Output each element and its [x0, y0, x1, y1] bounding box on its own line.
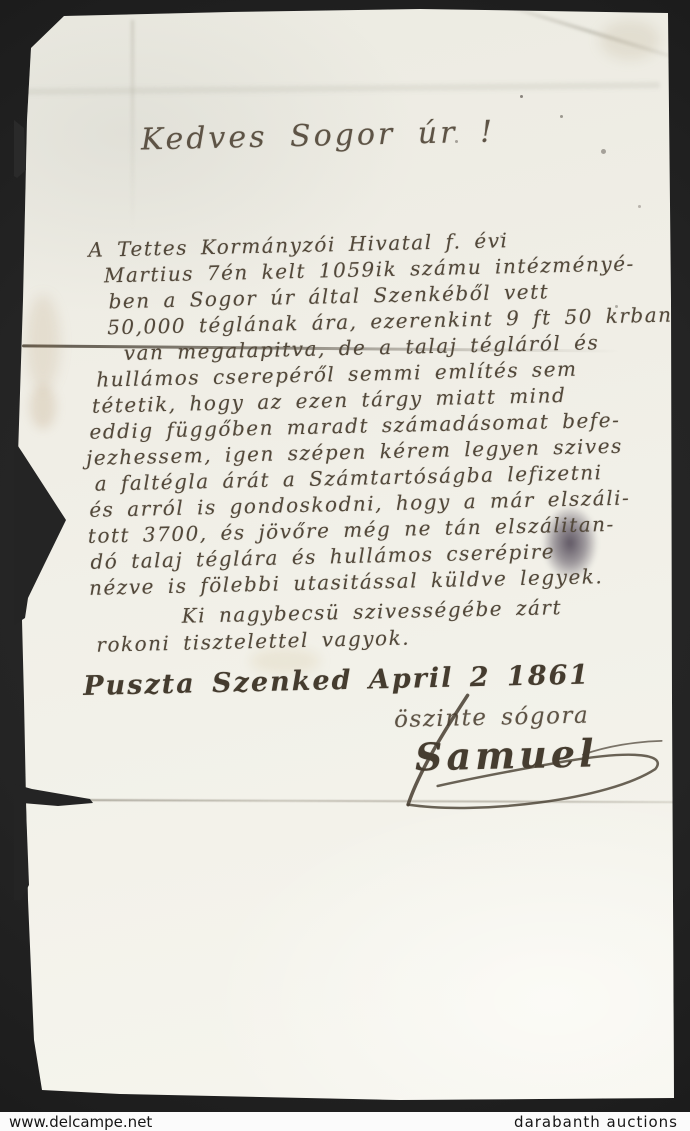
date-line: Puszta Szenked April 2 1861 — [83, 660, 591, 702]
darabanth-watermark: darabanth auctions — [514, 1113, 690, 1131]
watermark-bar: www.delcampe.net darabanth auctions — [0, 1112, 690, 1131]
handwriting-layer: Kedves Sogor úr ! A Tettes Kormányzói Hi… — [0, 0, 690, 1112]
tear-notch — [14, 120, 26, 178]
signature-text: Samuel — [414, 730, 597, 779]
closing-line: rokoni tisztelettel vagyok. — [96, 626, 410, 657]
letter-paper-sheet: Kedves Sogor úr ! A Tettes Kormányzói Hi… — [0, 0, 690, 1112]
signoff-text: öszinte sógora — [394, 703, 590, 733]
delcampe-watermark: www.delcampe.net — [0, 1113, 152, 1131]
auction-photo-page: Kedves Sogor úr ! A Tettes Kormányzói Hi… — [0, 0, 690, 1131]
salutation-text: Kedves Sogor úr ! — [141, 115, 496, 158]
closing-line: Ki nagybecsü szivességébe zárt — [181, 595, 562, 628]
photo-black-mount: Kedves Sogor úr ! A Tettes Kormányzói Hi… — [0, 0, 690, 1112]
